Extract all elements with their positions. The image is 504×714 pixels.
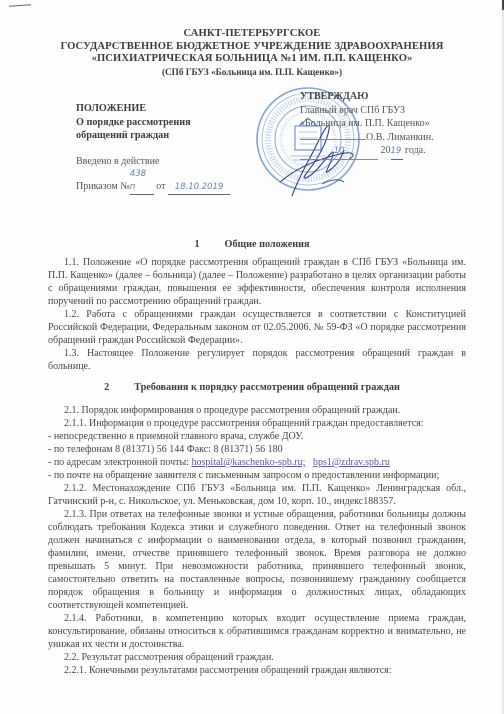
approval-year-prefix: 20 [381, 145, 391, 156]
paragraph-2-1-2: 2.1.2. Местонахождение СПб ГБУЗ «Больниц… [48, 482, 466, 508]
header-city: САНКТ-ПЕТЕРБУРГСКОЕ [0, 28, 504, 41]
approval-label: УТВЕРЖДАЮ [300, 90, 434, 104]
approval-month: 10 [300, 145, 378, 160]
document-header: САНКТ-ПЕТЕРБУРГСКОЕ ГОСУДАРСТВЕННОЕ БЮДЖ… [0, 28, 504, 78]
info-list-item-phone: - по телефонам 8 (81371) 56 144 Факс: 8 … [48, 443, 466, 456]
document-page: САНКТ-ПЕТЕРБУРГСКОЕ ГОСУДАРСТВЕННОЕ БЮДЖ… [0, 0, 504, 714]
approver-org: «Больница им. П.П. Кащенко» [300, 117, 434, 131]
enactment-block: Введено в действие Приказом №438 п от 18… [76, 155, 230, 195]
order-line: Приказом №438 п от 18.10.2019 [76, 168, 230, 195]
order-number: 438 п [130, 168, 154, 195]
header-org-type: ГОСУДАРСТВЕННОЕ БЮДЖЕТНОЕ УЧРЕЖДЕНИЕ ЗДР… [0, 41, 504, 54]
document-subject-2: обращений граждан [76, 129, 191, 143]
header-org-short: (СПб ГБУЗ «Больница им. П.П. Кащенко») [0, 66, 504, 78]
paragraph-2-1-4: 2.1.4. Работники, в компетенцию которых … [48, 612, 466, 651]
section-1-number: 1 [195, 239, 225, 250]
paragraph-2-1-1: 2.1.1. Информация о процедуре рассмотрен… [48, 417, 466, 430]
document-subject-1: О порядке рассмотрения [76, 116, 191, 130]
signature-line: О.В. Лиманкин. [300, 131, 434, 145]
approver-name: О.В. Лиманкин. [366, 132, 434, 143]
section-2-body: 2.1. Порядок информирования о процедуре … [48, 404, 466, 677]
paragraph-2-1: 2.1. Порядок информирования о процедуре … [48, 404, 466, 417]
paragraph-1-2: 1.2. Работа с обращениями граждан осущес… [48, 308, 466, 347]
approver-title: Главный врач СПб ГБУЗ [300, 104, 434, 118]
info-list-item-email: - по адресам электронной почты: hospital… [48, 456, 466, 469]
header-org-name: «ПСИХИАТРИЧЕСКАЯ БОЛЬНИЦА №1 ИМ. П.П. КА… [0, 53, 504, 66]
section-1-title: Общие положения [225, 239, 310, 250]
document-type: ПОЛОЖЕНИЕ [76, 102, 191, 116]
section-1-heading: 1Общие положения [0, 239, 504, 250]
section-2-title: Требования к порядку рассмотрения обраще… [134, 382, 400, 393]
paragraph-2-2-1: 2.2.1. Конечными результатами рассмотрен… [48, 664, 466, 677]
document-title-block: ПОЛОЖЕНИЕ О порядке рассмотрения обращен… [76, 102, 191, 143]
section-2-heading: 2Требования к порядку рассмотрения обращ… [0, 382, 504, 393]
approval-date-line: 10 2019 года. [300, 144, 434, 160]
order-from: от [154, 181, 168, 192]
order-prefix: Приказом № [76, 181, 130, 192]
info-list-item-office: - непосредственно в приемной главного вр… [48, 430, 466, 443]
email-link-bps1[interactable]: bps1@zdrav.spb.ru [313, 457, 390, 468]
paragraph-2-2: 2.2. Результат рассмотрения обращений гр… [48, 651, 466, 664]
section-2-number: 2 [104, 382, 134, 393]
signature-blank [300, 139, 366, 140]
paragraph-1-3: 1.3. Настоящее Положение регулирует поря… [48, 347, 466, 373]
order-date: 18.10.2019 [168, 181, 230, 195]
scan-artifact [9, 4, 31, 7]
approval-year-suffix: 19 [391, 145, 403, 160]
section-1-body: 1.1. Положение «О порядке рассмотрения о… [48, 256, 466, 373]
enactment-label: Введено в действие [76, 155, 230, 168]
paragraph-1-1: 1.1. Положение «О порядке рассмотрения о… [48, 256, 466, 308]
approval-block: УТВЕРЖДАЮ Главный врач СПб ГБУЗ «Больниц… [300, 90, 434, 160]
info-list-item-mail: - по почте на обращение заявителя с пись… [48, 469, 466, 482]
email-prefix: - по адресам электронной почты: [48, 457, 192, 468]
email-link-hospital[interactable]: hospital@kaschenko-spb.ru; [192, 457, 306, 468]
paragraph-2-1-3: 2.1.3. При ответах на телефонные звонки … [48, 508, 466, 612]
approval-year-word: года. [403, 145, 426, 156]
